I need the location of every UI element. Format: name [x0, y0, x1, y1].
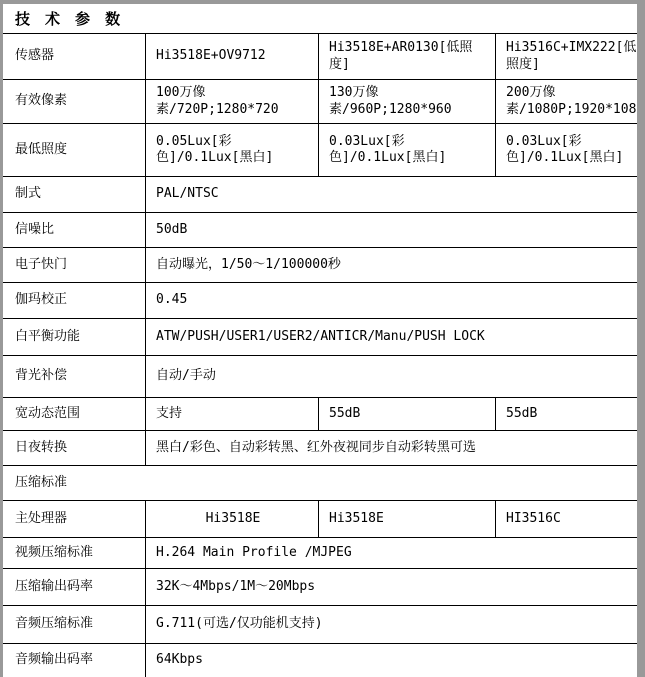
row-value: Hi3518E+OV9712 — [145, 34, 318, 79]
table-row: 视频压缩标准 H.264 Main Profile /MJPEG — [3, 538, 637, 569]
row-value: ATW/PUSH/USER1/USER2/ANTICR/Manu/PUSH LO… — [145, 319, 637, 355]
row-label: 制式 — [3, 177, 145, 212]
row-value: Hi3518E — [145, 501, 318, 537]
table-row: 有效像素 100万像 素/720P;1280*720 130万像 素/960P;… — [3, 80, 637, 124]
row-label: 伽玛校正 — [3, 283, 145, 318]
table-row: 最低照度 0.05Lux[彩 色]/0.1Lux[黑白] 0.03Lux[彩 色… — [3, 124, 637, 177]
row-label: 日夜转换 — [3, 431, 145, 465]
row-value: Hi3518E+AR0130[低照度] — [318, 34, 495, 79]
row-value: 55dB — [495, 398, 637, 430]
table-header: 技 术 参 数 — [3, 4, 637, 34]
row-value: 130万像 素/960P;1280*960 — [318, 80, 495, 123]
table-row: 伽玛校正 0.45 — [3, 283, 637, 319]
row-value: HI3516C — [495, 501, 637, 537]
row-value: 自动/手动 — [145, 356, 637, 397]
table-section-row: 压缩标准 — [3, 466, 637, 501]
row-value: 0.03Lux[彩 色]/0.1Lux[黑白] — [318, 124, 495, 176]
row-value: 100万像 素/720P;1280*720 — [145, 80, 318, 123]
row-value: 0.45 — [145, 283, 637, 318]
row-label: 白平衡功能 — [3, 319, 145, 355]
table-row: 主处理器 Hi3518E Hi3518E HI3516C — [3, 501, 637, 538]
table-row: 电子快门 自动曝光，1/50～1/100000秒 — [3, 248, 637, 283]
table-row: 压缩输出码率 32K～4Mbps/1M～20Mbps — [3, 569, 637, 606]
row-value: 0.05Lux[彩 色]/0.1Lux[黑白] — [145, 124, 318, 176]
table-row: 信噪比 50dB — [3, 213, 637, 248]
table-row: 传感器 Hi3518E+OV9712 Hi3518E+AR0130[低照度] H… — [3, 34, 637, 80]
row-value: 200万像 素/1080P;1920*1080 — [495, 80, 637, 123]
section-label: 压缩标准 — [3, 466, 637, 500]
row-label: 有效像素 — [3, 80, 145, 123]
table-row: 音频输出码率 64Kbps — [3, 644, 637, 677]
row-label: 压缩输出码率 — [3, 569, 145, 605]
row-label: 背光补偿 — [3, 356, 145, 397]
row-label: 最低照度 — [3, 124, 145, 176]
row-label: 主处理器 — [3, 501, 145, 537]
row-label: 信噪比 — [3, 213, 145, 247]
table-row: 音频压缩标准 G.711(可选/仅功能机支持) — [3, 606, 637, 644]
row-label: 音频压缩标准 — [3, 606, 145, 643]
row-value: 黑白/彩色、自动彩转黑、红外夜视同步自动彩转黑可选 — [145, 431, 637, 465]
table-row: 背光补偿 自动/手动 — [3, 356, 637, 398]
row-value: G.711(可选/仅功能机支持) — [145, 606, 637, 643]
row-value: H.264 Main Profile /MJPEG — [145, 538, 637, 568]
table-row: 白平衡功能 ATW/PUSH/USER1/USER2/ANTICR/Manu/P… — [3, 319, 637, 356]
row-label: 音频输出码率 — [3, 644, 145, 677]
row-value: 55dB — [318, 398, 495, 430]
table-title: 技 术 参 数 — [15, 8, 123, 29]
row-value: 50dB — [145, 213, 637, 247]
row-label: 传感器 — [3, 34, 145, 79]
row-label: 视频压缩标准 — [3, 538, 145, 568]
row-value: 自动曝光，1/50～1/100000秒 — [145, 248, 637, 282]
spec-table: 技 术 参 数 传感器 Hi3518E+OV9712 Hi3518E+AR013… — [0, 0, 645, 677]
table-row: 制式 PAL/NTSC — [3, 177, 637, 213]
row-value: 64Kbps — [145, 644, 637, 677]
row-label: 宽动态范围 — [3, 398, 145, 430]
row-value: Hi3518E — [318, 501, 495, 537]
table-row: 日夜转换 黑白/彩色、自动彩转黑、红外夜视同步自动彩转黑可选 — [3, 431, 637, 466]
row-value: 32K～4Mbps/1M～20Mbps — [145, 569, 637, 605]
row-value: PAL/NTSC — [145, 177, 637, 212]
row-label: 电子快门 — [3, 248, 145, 282]
row-value: 0.03Lux[彩 色]/0.1Lux[黑白] — [495, 124, 637, 176]
row-value: 支持 — [145, 398, 318, 430]
table-row: 宽动态范围 支持 55dB 55dB — [3, 398, 637, 431]
row-value: Hi3516C+IMX222[低 照度] — [495, 34, 637, 79]
